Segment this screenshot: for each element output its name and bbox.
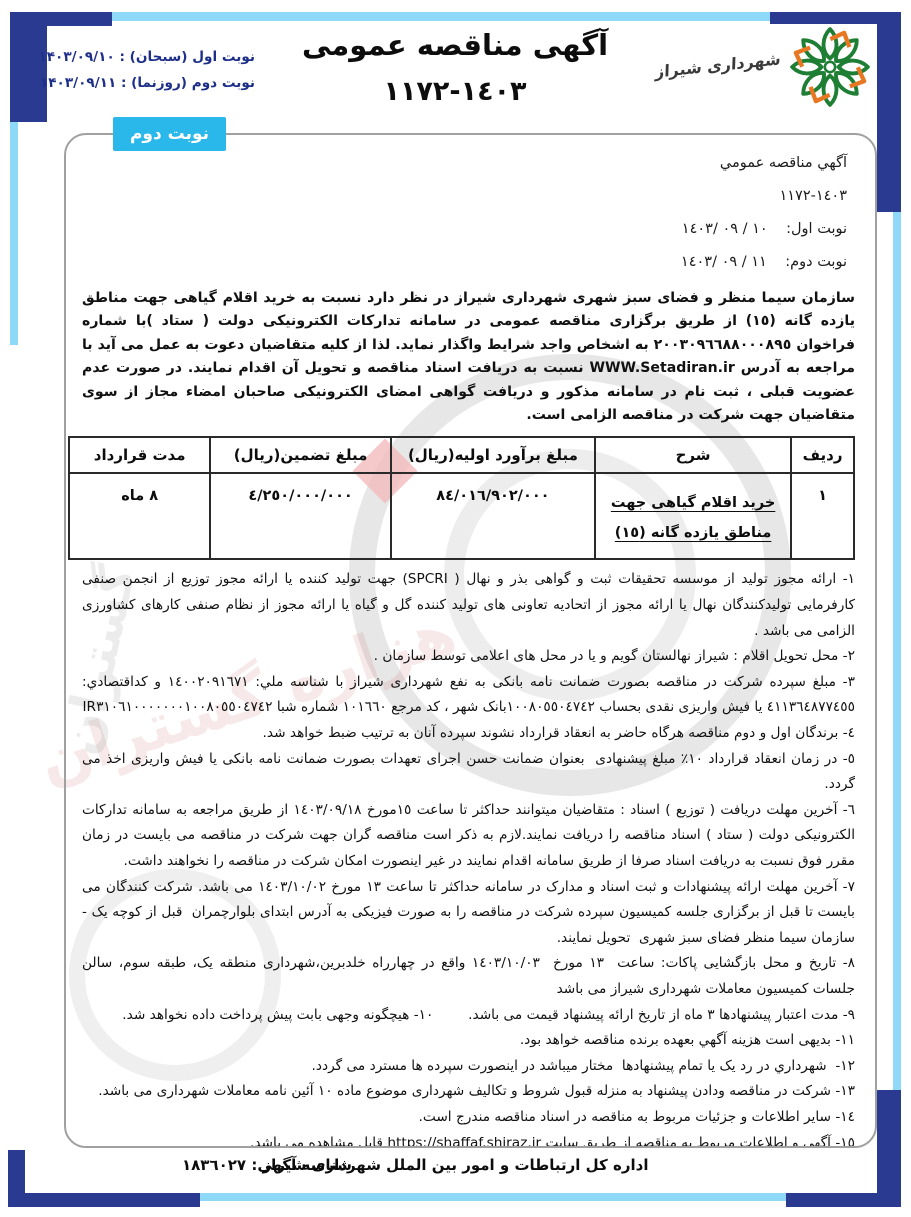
- term-item-7: ٧- آخرین مهلت ارائه پیشنهادات و ثبت اسنا…: [82, 875, 855, 952]
- term-item-14: ١٤- سایر اطلاعات و جزئیات مربوط به مناقص…: [82, 1105, 855, 1131]
- term-item-1: ١- ارائه مجوز تولید از موسسه تحقیقات ثبت…: [82, 567, 855, 644]
- cell-index: ١: [791, 473, 854, 559]
- term-item-15: ١٥- آگهی و اطلاعات مربوط به مناقصه از طر…: [82, 1131, 855, 1149]
- tender-notice-page: شهرداری شیراز آگهی مناقصه عمومی ١٤٠٣-١١٧…: [0, 0, 911, 1217]
- description-text: خرید اقلام گیاهی جهت مناطق یازده گانه (١…: [611, 495, 775, 541]
- frame-corner-bottom-left-horizontal: [25, 1193, 200, 1207]
- col-header-duration: مدت قرارداد: [69, 437, 210, 473]
- notice-heading: آگهي مناقصه عمومي: [82, 147, 847, 180]
- notice-number: ١٤٠٣-١١٧٢: [82, 180, 847, 213]
- term-item-6: ٦- آخرین مهلت دریافت ( توزیع ) اسناد : م…: [82, 798, 855, 875]
- table-row: ١ خرید اقلام گیاهی جهت مناطق یازده گانه …: [69, 473, 854, 559]
- term-item-3: ٣- مبلغ سپرده شرکت در مناقصه بصورت ضمانت…: [82, 670, 855, 721]
- frame-top-cyan-line: [112, 12, 786, 21]
- tender-table: ردیف شرح مبلغ برآورد اولیه(ریال) مبلغ تض…: [68, 436, 855, 560]
- frame-corner-top-right-vertical: [877, 12, 901, 212]
- cell-duration: ٨ ماه: [69, 473, 210, 559]
- page-title: آگهی مناقصه عمومی: [270, 28, 640, 62]
- cell-deposit: ٤/٢٥٠/٠٠٠/٠٠٠: [210, 473, 391, 559]
- col-header-estimate: مبلغ برآورد اولیه(ریال): [391, 437, 595, 473]
- org-name-calligraphy: شهرداری شیراز: [691, 49, 781, 78]
- footer-ad-id: شناسه آگهی: ١٨٣٦٠٢٧: [182, 1156, 352, 1174]
- col-header-description: شرح: [595, 437, 791, 473]
- cell-estimate: ٨٤/٠١٦/٩٠٢/٠٠٠: [391, 473, 595, 559]
- cell-description: خرید اقلام گیاهی جهت مناطق یازده گانه (١…: [595, 473, 791, 559]
- term-item-12: ١٢- شهرداري در رد یک یا تمام پیشنهادها م…: [82, 1054, 855, 1080]
- publication-dates: نوبت اول (سبحان) : ۱۴۰۳/۰۹/۱۰ نوبت دوم (…: [20, 44, 255, 96]
- col-header-index: ردیف: [791, 437, 854, 473]
- frame-bottom-cyan-line: [200, 1193, 786, 1201]
- round-badge: نوبت دوم: [113, 117, 226, 151]
- term-item-13: ١٣- شرکت در مناقصه ودادن پیشنهاد به منزل…: [82, 1079, 855, 1105]
- tender-number: ١٤٠٣-١١٧٢: [270, 76, 640, 107]
- col-header-deposit: مبلغ تضمین(ریال): [210, 437, 391, 473]
- frame-left-cyan-line: [10, 122, 18, 345]
- term-item-5: ٥- در زمان انعقاد قرارداد ١٠٪ مبلغ پیشنه…: [82, 747, 855, 798]
- term-item-8: ٨- تاریخ و محل بازگشایی پاکات: ساعت ١٣ م…: [82, 951, 855, 1002]
- term-item-2: ٢- محل تحویل اقلام : شیراز نهالستان گویم…: [82, 644, 855, 670]
- frame-corner-bottom-right-horizontal: [786, 1193, 901, 1207]
- header-logo: شهرداری شیراز: [693, 24, 873, 116]
- shiraz-municipality-flower-icon: [787, 24, 873, 110]
- notice-body: آگهي مناقصه عمومي ١٤٠٣-١١٧٢ نوبت اول: ١٠…: [64, 133, 877, 1148]
- notice-header-lines: آگهي مناقصه عمومي ١٤٠٣-١١٧٢ نوبت اول: ١٠…: [82, 147, 855, 279]
- term-item-4: ٤- برندگان اول و دوم مناقصه هرگاه حاضر ب…: [82, 721, 855, 747]
- intro-paragraph: سازمان سیما منظر و فضای سبز شهری شهرداری…: [82, 287, 855, 427]
- notice-round-one: نوبت اول: ١٠ / ٠٩ /١٤٠٣: [82, 213, 847, 246]
- round-one-date: نوبت اول (سبحان) : ۱۴۰۳/۰۹/۱۰: [20, 44, 255, 70]
- header-title-block: آگهی مناقصه عمومی ١٤٠٣-١١٧٢: [270, 28, 640, 107]
- footer-department: اداره کل ارتباطات و امور بین الملل شهردا…: [0, 1156, 911, 1174]
- term-item-9-10: ٩- مدت اعتبار پیشنهادها ٣ ماه از تاریخ ا…: [82, 1003, 855, 1029]
- frame-right-cyan-line: [893, 212, 901, 1090]
- round-two-date: نوبت دوم (روزنما) : ۱۴۰۳/۰۹/۱۱: [20, 70, 255, 96]
- terms-list: ١- ارائه مجوز تولید از موسسه تحقیقات ثبت…: [82, 567, 855, 1148]
- term-item-11: ١١- بدیهی است هزینه آگهي بعهده برنده منا…: [82, 1028, 855, 1054]
- frame-corner-bottom-right-vertical: [877, 1090, 901, 1207]
- table-header-row: ردیف شرح مبلغ برآورد اولیه(ریال) مبلغ تض…: [69, 437, 854, 473]
- notice-round-two: نوبت دوم: ١١ / ٠٩ /١٤٠٣: [82, 246, 847, 279]
